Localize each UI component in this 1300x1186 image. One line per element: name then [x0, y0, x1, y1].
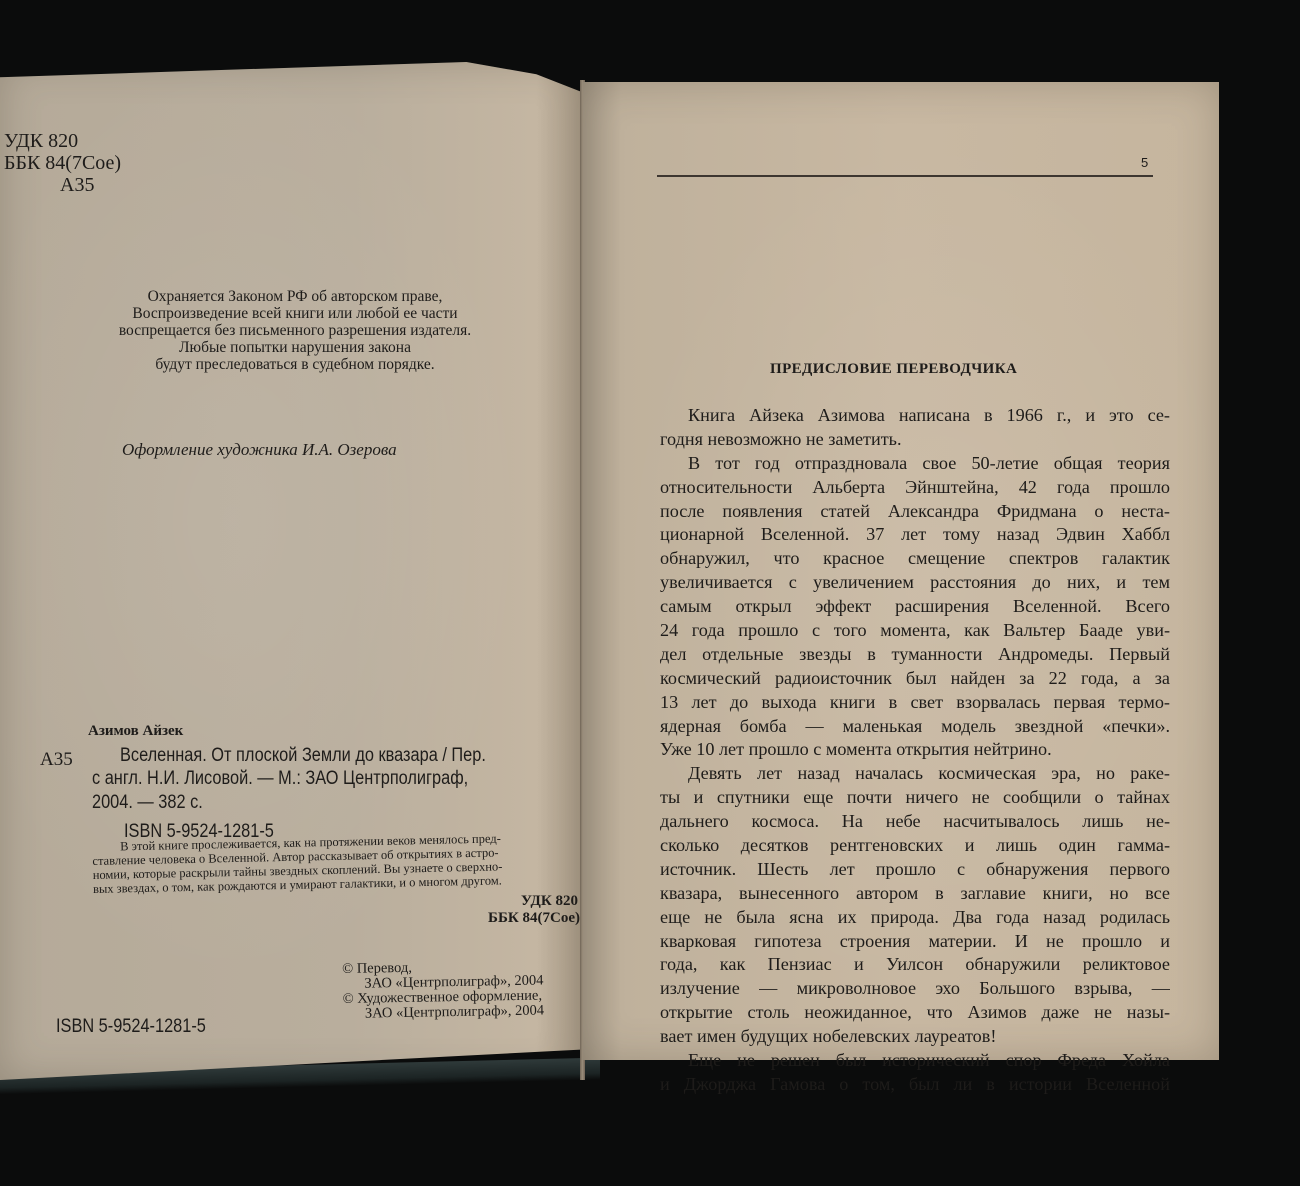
text-line: 13 лет до выхода книги в свет взорвалась… — [660, 691, 1170, 715]
text-line: кварковая гипотеза строения материи. И н… — [660, 930, 1170, 954]
text-line: открытие столь неожиданное, что Азимов д… — [660, 1001, 1170, 1025]
text-line: обнаружил, что красное смещение спектров… — [660, 547, 1170, 571]
udk-code-bottom: УДК 820 — [480, 893, 578, 910]
annotation: В этой книге прослеживается, как на прот… — [92, 831, 503, 896]
author-mark: А35 — [60, 174, 94, 196]
section-title: ПРЕДИСЛОВИЕ ПЕРЕВОДЧИКА — [770, 361, 1017, 378]
text-line: Книга Айзека Азимова написана в 1966 г.,… — [660, 404, 1170, 428]
designer-credit: Оформление художника И.А. Озерова — [122, 440, 397, 460]
text-line: ядерная бомба — маленькая модель звездно… — [660, 715, 1170, 739]
text-line: самым открыл эффект расширения Вселенной… — [660, 595, 1170, 619]
text-line: ционарной Вселенной. 37 лет тому назад Э… — [660, 523, 1170, 547]
text-line: увеличивается с увеличением расстояния д… — [660, 571, 1170, 595]
author-name: Азимов Айзек — [88, 723, 183, 740]
text-line: космический радиоисточник был найден за … — [660, 667, 1170, 691]
text-line: Еще не решен был исторический спор Фреда… — [660, 1049, 1170, 1073]
text-line: Уже 10 лет прошло с момента открытия ней… — [660, 738, 1170, 762]
text-line: еще не была ясна их природа. Два года на… — [660, 906, 1170, 930]
text-line: излучение — микроволновое эхо Большого в… — [660, 977, 1170, 1001]
biblio-line: с англ. Н.И. Лисовой. — М.: ЗАО Центрпол… — [92, 767, 468, 790]
text-line: годня невозможно не заметить. — [660, 428, 1170, 452]
copyright-holders: © Перевод, ЗАО «Центрполиграф», 2004 © Х… — [342, 958, 544, 1022]
biblio-line: Вселенная. От плоской Земли до квазара /… — [120, 744, 486, 767]
header-rule — [657, 175, 1153, 177]
page-number: 5 — [1141, 155, 1148, 170]
text-line: относительности Альберта Эйнштейна, 42 г… — [660, 476, 1170, 500]
text-line: Девять лет назад началась космическая эр… — [660, 762, 1170, 786]
notice-line: воспрещается без письменного разрешения … — [60, 322, 530, 339]
biblio-line: 2004. — 382 с. — [92, 791, 203, 814]
text-line: дальнего космоса. На небе насчитывалось … — [660, 810, 1170, 834]
text-line: вает имен будущих нобелевских лауреатов! — [660, 1025, 1170, 1049]
preface-body: Книга Айзека Азимова написана в 1966 г.,… — [660, 404, 1170, 1097]
notice-line: Охраняется Законом РФ об авторском праве… — [60, 288, 530, 305]
text-line: года, как Пензиас и Уилсон обнаружили ре… — [660, 953, 1170, 977]
text-line: источник. Шесть лет прошло с обнаружения… — [660, 858, 1170, 882]
text-line: после появления статей Александра Фридма… — [660, 500, 1170, 524]
notice-line: будут преследоваться в судебном порядке. — [60, 356, 530, 373]
text-line: ты и спутники еще почти ничего не сообщи… — [660, 786, 1170, 810]
text-line: квазара, вынесенного автором в заглавие … — [660, 882, 1170, 906]
text-line: В тот год отпраздновала свое 50-летие об… — [660, 452, 1170, 476]
notice-line: Воспроизведение всей книги или любой ее … — [60, 305, 530, 322]
copyright-notice: Охраняется Законом РФ об авторском праве… — [60, 288, 530, 373]
left-page — [0, 62, 583, 1080]
notice-line: Любые попытки нарушения закона — [60, 339, 530, 356]
udk-code: УДК 820 — [4, 130, 78, 152]
text-line: и Джорджа Гамова о том, был ли в истории… — [660, 1073, 1170, 1097]
bbk-code-bottom: ББК 84(7Сое) — [460, 910, 580, 927]
text-line: 24 года прошло с того момента, как Вальт… — [660, 619, 1170, 643]
isbn-footer: ISBN 5-9524-1281-5 — [56, 1015, 206, 1038]
shelf-mark: А35 — [40, 749, 73, 771]
bbk-code: ББК 84(7Сое) — [4, 152, 121, 174]
text-line: дел отдельные звезды в туманности Андром… — [660, 643, 1170, 667]
text-line: сколько десятков рентгеновских и лишь од… — [660, 834, 1170, 858]
